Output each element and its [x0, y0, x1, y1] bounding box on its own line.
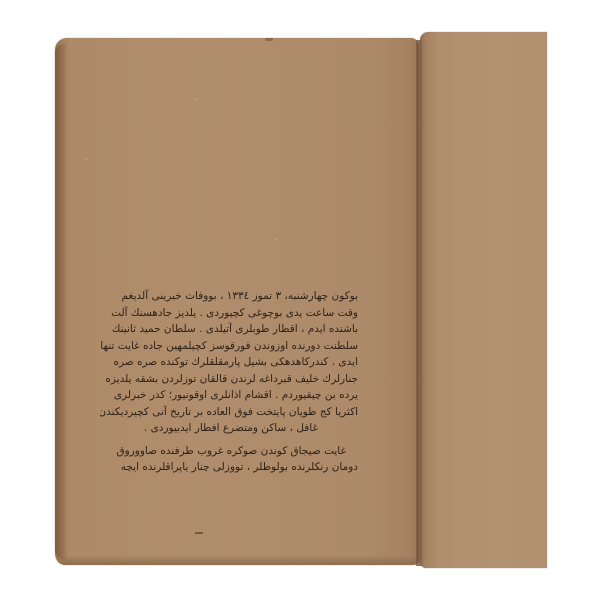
- text-line: اكثریا كج طویان پایتخت فوق العاده بر تار…: [100, 404, 358, 421]
- book-photo: بوكون چهارشنبه، ٣ تموز ١٣٣٤ ، بووفات خبر…: [0, 0, 600, 600]
- text-line: باشنده ایدم ، اقطار طوبلری آتیلدی . سلطا…: [100, 321, 358, 338]
- text-line: ایدی . كندركاهدهكی بشیل پارمقلقلرك توكند…: [100, 354, 358, 371]
- book-gutter: [416, 40, 422, 566]
- text-line: سلطنت دورنده اوزوندن قورقوسز كچیلمهین جا…: [100, 338, 358, 355]
- text-line: یرده بن چیقیوردم . اقشام اذانلری اوقونیو…: [100, 387, 358, 404]
- page-edge-nick: [265, 38, 273, 41]
- text-line: غایت صیجاق كوندن صوكره غروب طرفنده صاوور…: [100, 443, 358, 460]
- page-text: بوكون چهارشنبه، ٣ تموز ١٣٣٤ ، بووفات خبر…: [100, 288, 358, 476]
- paper-speck: [275, 238, 277, 240]
- paper-speck: [195, 98, 197, 100]
- page-mark: [195, 532, 203, 534]
- text-line: وقت ساعت یدی بوچوغی كچیوردی . یلدیز جاده…: [100, 305, 358, 322]
- text-line: جنارلرك خلیف قبرداغه لرندن قالقان توزلرد…: [100, 371, 358, 388]
- right-page: [420, 32, 547, 568]
- text-line: غافل ، ساكن ومتضرع افطار ایدییوردی .: [100, 420, 358, 437]
- paper-speck: [85, 158, 87, 160]
- text-line: دومان رنكلرنده بولوطلر ، تووزلی چنار یاپ…: [100, 459, 358, 476]
- text-line: بوكون چهارشنبه، ٣ تموز ١٣٣٤ ، بووفات خبر…: [100, 288, 358, 305]
